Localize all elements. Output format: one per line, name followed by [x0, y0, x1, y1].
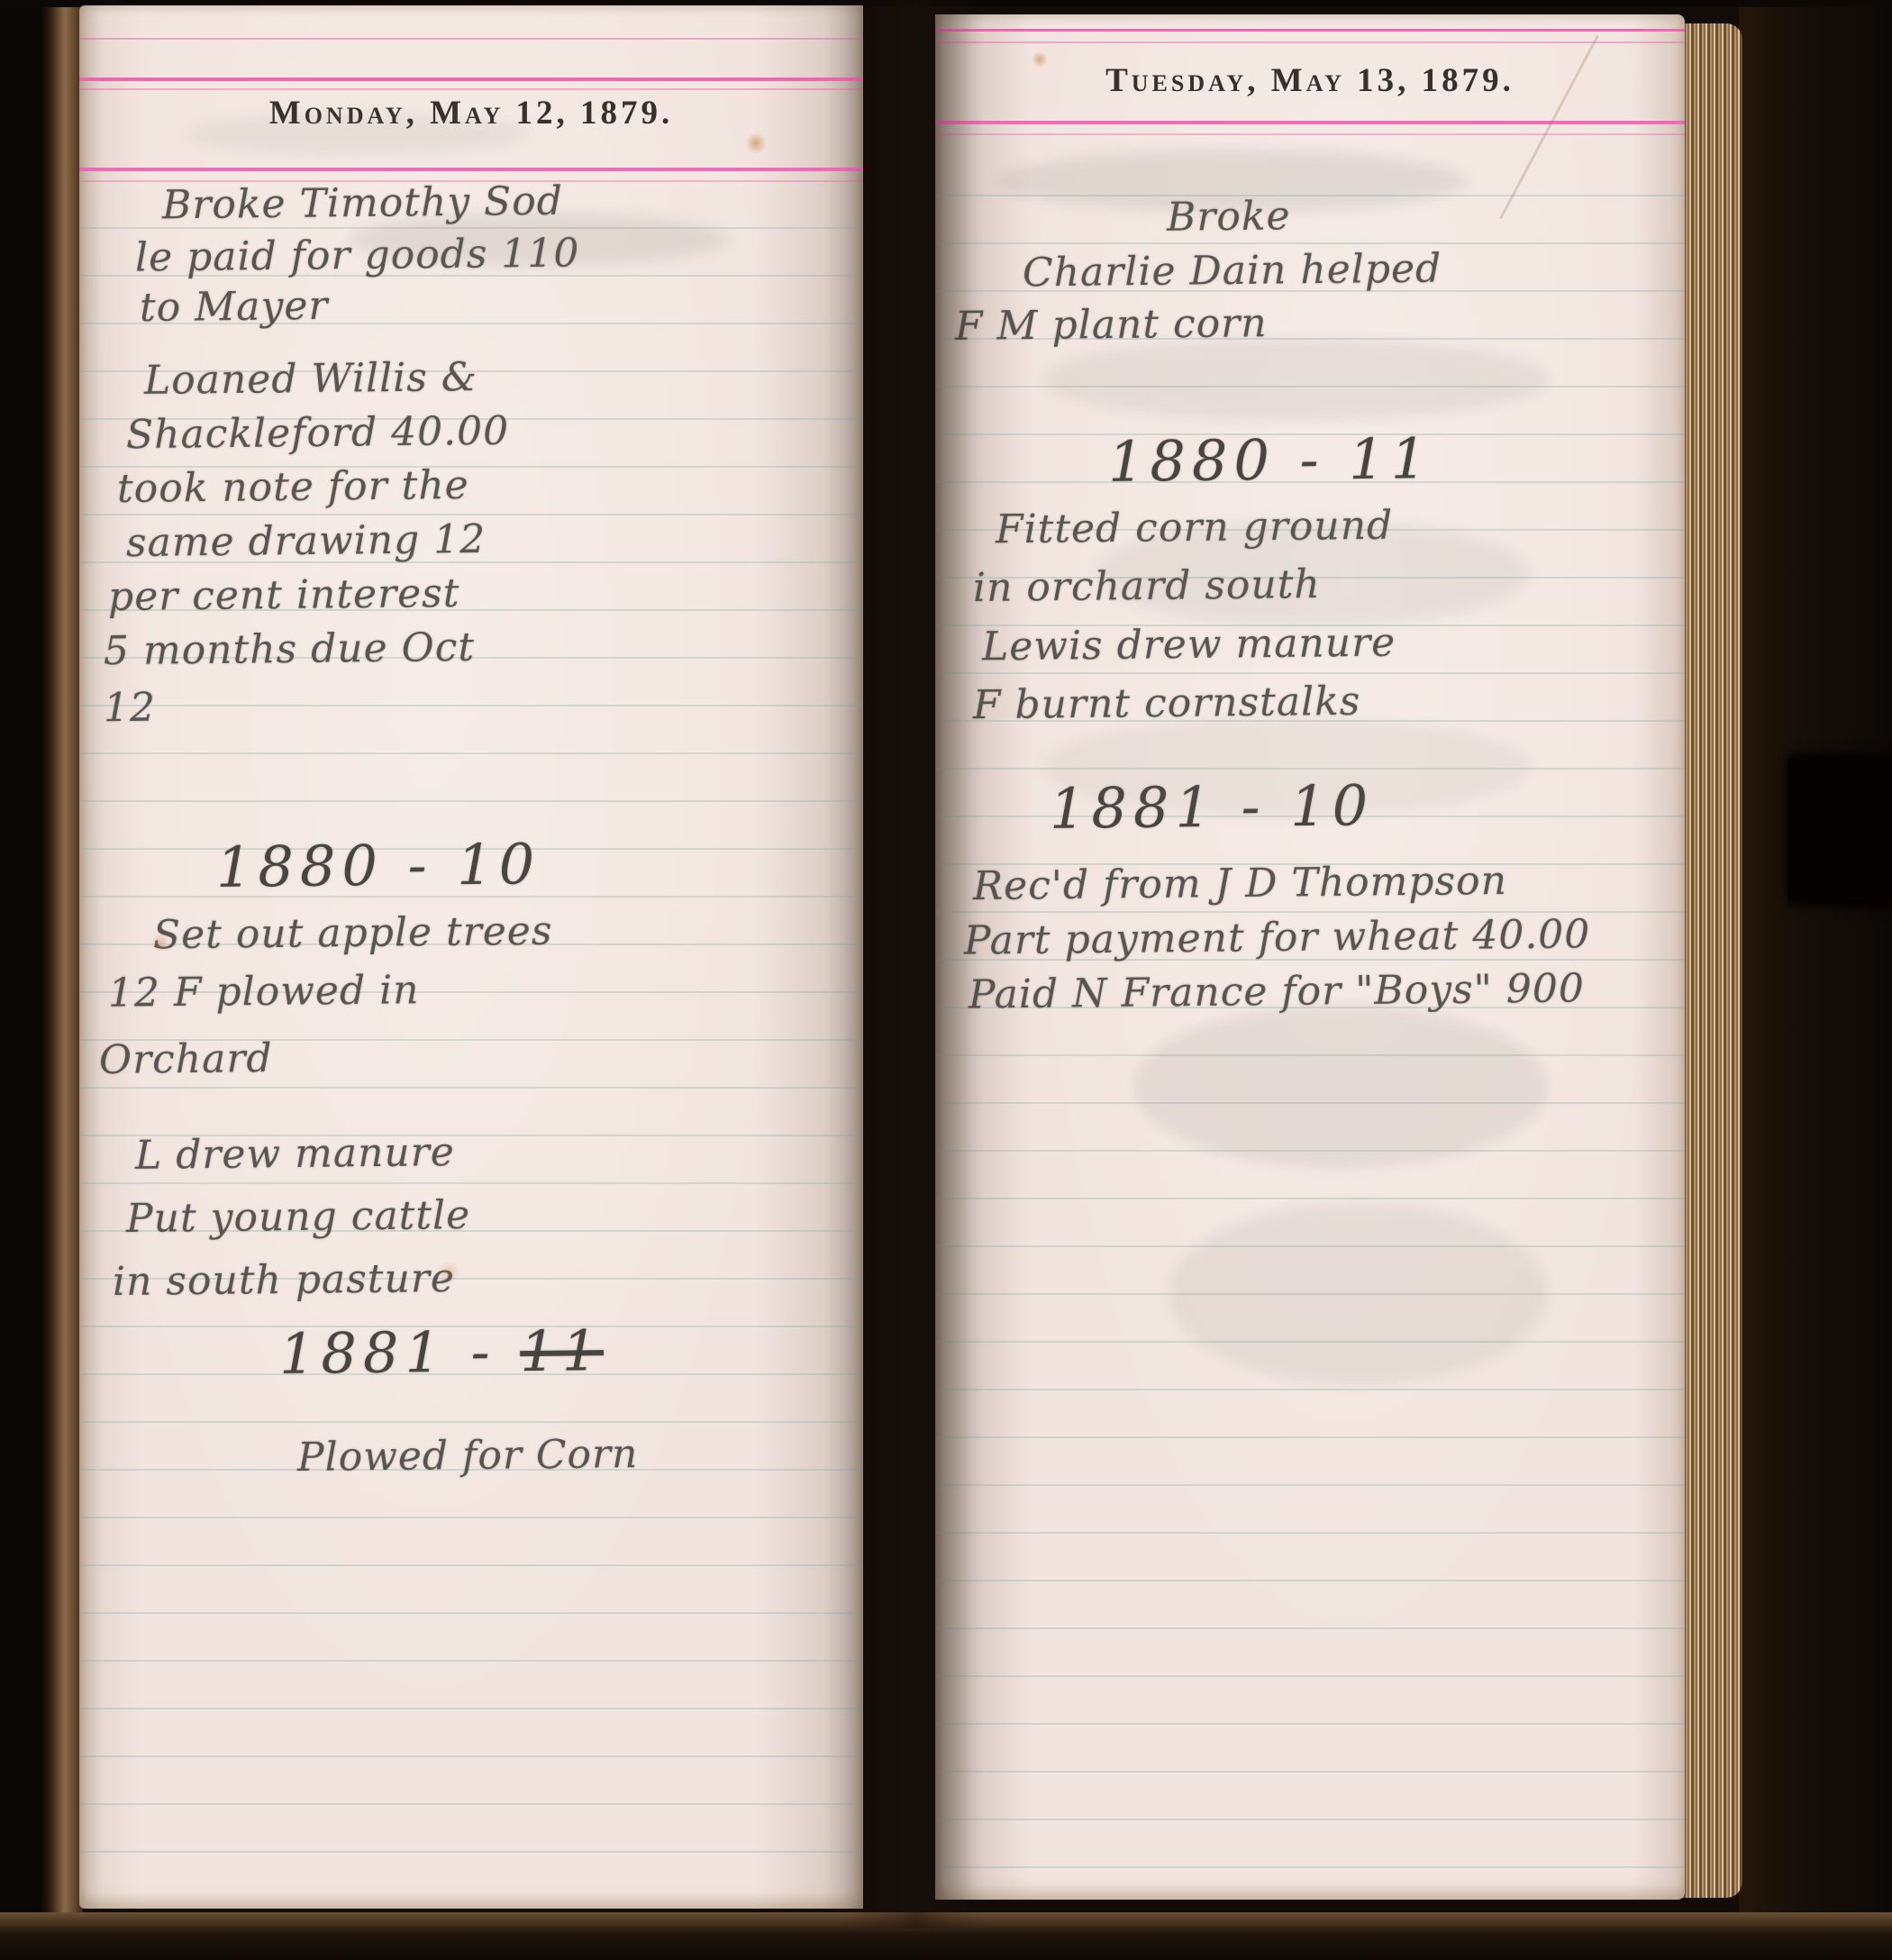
- page-stack-edges: [1678, 23, 1742, 1898]
- handwriting-line: L drew manure: [135, 1129, 455, 1179]
- handwriting-line: took note for the: [117, 462, 469, 512]
- handwriting-line: Broke Timothy Sod: [162, 178, 563, 229]
- book-cover-right-edge: [1739, 0, 1892, 1960]
- ink-bleed-smudge: [1169, 1204, 1548, 1384]
- handwriting-line: F M plant corn: [955, 300, 1268, 350]
- printed-date-header: Tuesday, May 13, 1879.: [935, 61, 1685, 100]
- book-strap: [1788, 759, 1892, 901]
- ink-bleed-smudge: [1043, 339, 1548, 420]
- year-prefix: 1881 -: [279, 1318, 521, 1387]
- handwriting-line: in orchard south: [973, 561, 1321, 611]
- handwriting-line: Part payment for wheat 40.00: [964, 911, 1591, 963]
- handwriting-line: Shackleford 40.00: [126, 408, 510, 458]
- left-page: Monday, May 12, 1879. Broke Timothy Sod …: [79, 5, 863, 1909]
- handwriting-line: Charlie Dain helped: [1023, 246, 1442, 296]
- handwriting-line: Lewis drew manure: [982, 620, 1396, 670]
- pink-rule: [79, 168, 863, 171]
- handwriting-line: le paid for goods 110: [135, 230, 580, 280]
- struck-number: 11: [520, 1317, 605, 1384]
- pink-rule: [79, 38, 863, 40]
- pink-rule: [79, 88, 863, 90]
- handwriting-year-line-corrected: 1881 - 11: [279, 1317, 605, 1387]
- pink-rule: [935, 133, 1685, 135]
- handwriting-line: Plowed for Corn: [297, 1431, 639, 1481]
- handwriting-line: Put young cattle: [126, 1192, 471, 1242]
- right-page: Tuesday, May 13, 1879. Broke Charlie Dai…: [935, 14, 1685, 1900]
- pink-rule: [935, 121, 1685, 124]
- handwriting-line: to Mayer: [140, 283, 329, 331]
- handwriting-line: Fitted corn ground: [996, 503, 1394, 553]
- handwriting-line: Loaned Willis &: [144, 354, 478, 404]
- handwriting-line: Set out apple trees: [153, 908, 553, 959]
- handwriting-year-line: 1881 - 10: [1050, 772, 1375, 842]
- handwriting-line: 12: [104, 685, 157, 732]
- handwriting-line: 12 F plowed in: [108, 967, 420, 1016]
- handwriting-year-line: 1880 - 10: [216, 831, 541, 900]
- handwriting-line: Orchard: [99, 1035, 273, 1083]
- ink-bleed-smudge: [1133, 1006, 1548, 1168]
- handwriting-line: per cent interest: [108, 570, 460, 620]
- pink-rule: [79, 77, 863, 81]
- pink-rule: [935, 41, 1685, 43]
- handwriting-line: Paid N France for "Boys" 900: [969, 965, 1585, 1017]
- pink-rule: [935, 29, 1685, 32]
- handwriting-line: in south pasture: [113, 1255, 455, 1305]
- handwriting-line: 5 months due Oct: [104, 624, 476, 674]
- handwriting-line: F burnt cornstalks: [973, 679, 1361, 729]
- handwriting-line: Rec'd from J D Thompson: [973, 858, 1507, 909]
- diary-scan: Monday, May 12, 1879. Broke Timothy Sod …: [0, 0, 1892, 1960]
- handwriting-year-line: 1880 - 11: [1108, 425, 1433, 495]
- printed-date-header: Monday, May 12, 1879.: [79, 94, 863, 132]
- handwriting-line: same drawing 12: [126, 516, 487, 566]
- book-cover-left-edge: [0, 0, 83, 1960]
- book-cover-bottom-edge: [0, 1912, 1892, 1960]
- stain: [746, 132, 766, 155]
- handwriting-line: Broke: [1167, 193, 1291, 240]
